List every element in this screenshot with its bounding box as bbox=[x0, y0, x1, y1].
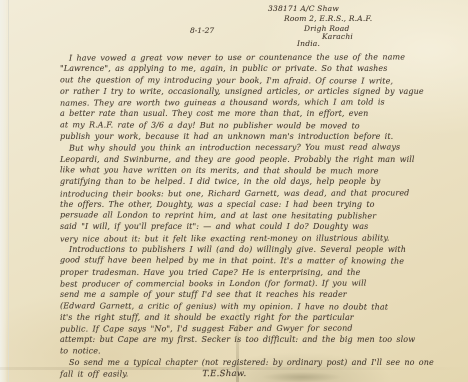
handwritten-line: to notice. bbox=[60, 345, 424, 358]
handwritten-line: public. If Cape says "No", I'd suggest F… bbox=[60, 322, 424, 335]
handwritten-line: gratifying than to be helped. I did twic… bbox=[60, 176, 424, 187]
handwritten-line: a better rate than usual. They cost me m… bbox=[60, 108, 424, 119]
handwritten-line: introducing their books: but one, Richar… bbox=[60, 187, 424, 200]
letter-date: 8-1-27 bbox=[190, 26, 214, 35]
handwritten-line: said "I will, if you'll preface it": — a… bbox=[60, 221, 424, 232]
address-line-room: Room 2, E.R.S., R.A.F. bbox=[284, 14, 372, 23]
handwritten-line: send me a sample of your stuff I'd see t… bbox=[60, 289, 424, 300]
letter-body: I have vowed a great vow never to use or… bbox=[60, 52, 424, 381]
handwritten-line: good stuff have been helped by me in tha… bbox=[60, 255, 424, 268]
handwritten-line: names. They are worth two guineas a thou… bbox=[60, 97, 424, 110]
handwritten-line: like what you have written on its merits… bbox=[60, 164, 424, 177]
handwritten-line: fall it off easily.T.E.Shaw. bbox=[60, 368, 424, 382]
handwritten-line: or rather I try to write, occasionally, … bbox=[60, 86, 424, 97]
address-line-city: Karachi bbox=[322, 32, 353, 41]
handwritten-line: persuade all London to reprint him, and … bbox=[60, 209, 424, 222]
handwritten-line: attempt: but Cape are my first. Secker i… bbox=[60, 334, 424, 345]
handwritten-line: the offers. The other, Doughty, was a sp… bbox=[60, 199, 424, 210]
paper-edge bbox=[0, 0, 9, 382]
handwritten-line: out the question of my introducing your … bbox=[60, 74, 424, 87]
handwritten-line: But why should you think an introduction… bbox=[60, 142, 424, 155]
signature: T.E.Shaw. bbox=[202, 369, 246, 380]
handwritten-line: it's the right stuff, and it should be e… bbox=[60, 312, 424, 323]
handwritten-line: best producer of commercial books in Lon… bbox=[60, 277, 424, 290]
handwritten-line: "Lawrence", as applying to me, again, in… bbox=[60, 63, 424, 74]
handwritten-line: I have vowed a great vow never to use or… bbox=[60, 51, 424, 64]
letter-paper: 338171 A/C Shaw Room 2, E.R.S., R.A.F. D… bbox=[0, 0, 468, 382]
address-line-country: India. bbox=[297, 39, 320, 48]
handwritten-line: proper tradesman. Have you tried Cape? H… bbox=[60, 267, 424, 278]
address-line-service-number: 338171 A/C Shaw bbox=[268, 4, 339, 13]
handwritten-line: Leopardi, and Swinburne, and they are go… bbox=[60, 154, 424, 165]
handwritten-line: very nice about it: but it felt like exa… bbox=[60, 232, 424, 245]
handwritten-line-text: fall it off easily. bbox=[60, 369, 128, 381]
handwritten-line: at my R.A.F. rate of 3/6 a day! But no p… bbox=[60, 119, 424, 132]
handwritten-line: (Edward Garnett, a critic of genius) wit… bbox=[60, 300, 424, 313]
